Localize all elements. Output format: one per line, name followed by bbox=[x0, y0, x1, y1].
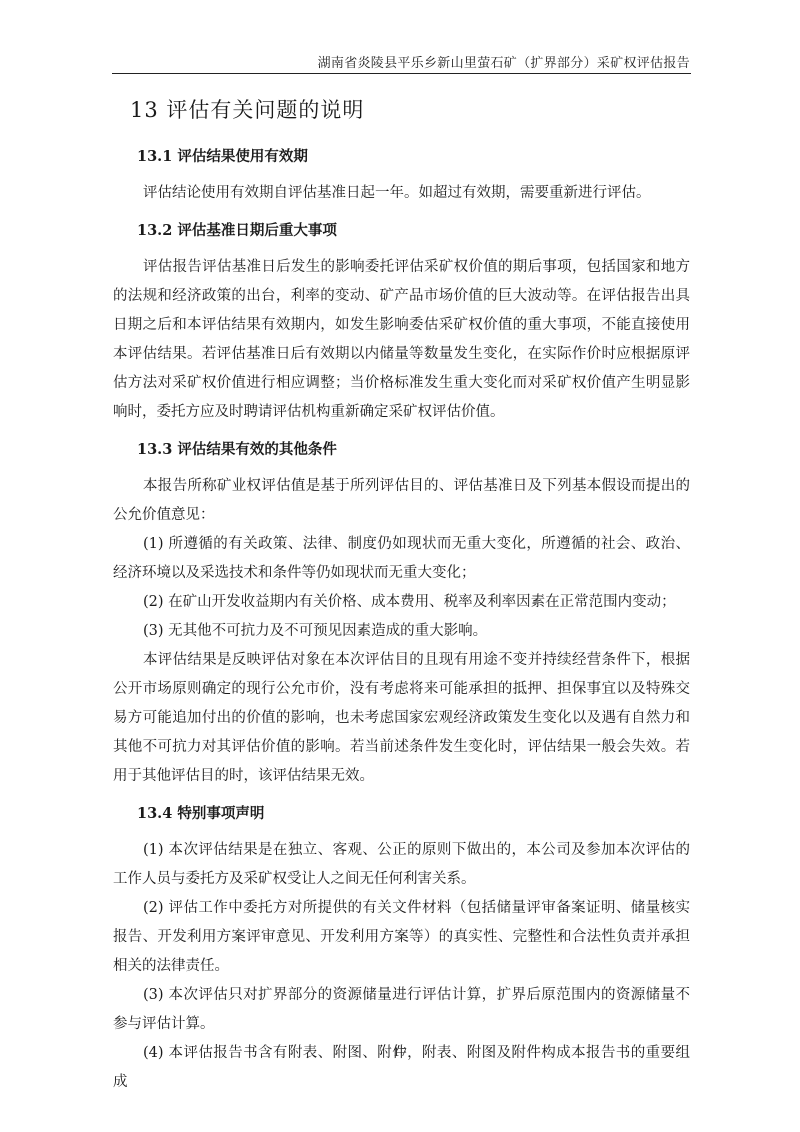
spacer bbox=[113, 171, 690, 179]
spacer bbox=[113, 127, 690, 142]
paragraph: 本报告所称矿业权评估值是基于所列评估目的、评估基准日及下列基本假设而提出的公允价… bbox=[113, 472, 690, 530]
spacer bbox=[113, 427, 690, 435]
spacer bbox=[113, 828, 690, 836]
spacer bbox=[113, 245, 690, 253]
spacer bbox=[113, 464, 690, 472]
section-heading: 13.4 特别事项声明 bbox=[113, 799, 690, 828]
header-rule bbox=[112, 73, 691, 74]
paragraph: 评估报告评估基准日后发生的影响委托评估采矿权价值的期后事项，包括国家和地方的法规… bbox=[113, 253, 690, 427]
section-heading: 13.2 评估基准日期后重大事项 bbox=[113, 216, 690, 245]
list-item: (3) 本次评估只对扩界部分的资源储量进行评估计算，扩界后原范围内的资源储量不参… bbox=[113, 981, 690, 1039]
section-13-3: 13.3 评估结果有效的其他条件 本报告所称矿业权评估值是基于所列评估目的、评估… bbox=[113, 435, 690, 791]
spacer bbox=[113, 791, 690, 799]
running-header: 湖南省炎陵县平乐乡新山里萤石矿（扩界部分）采矿权评估报告 bbox=[113, 52, 690, 71]
spacer bbox=[113, 208, 690, 216]
section-13-1: 13.1 评估结果使用有效期 评估结论使用有效期自评估基准日起一年。如超过有效期… bbox=[113, 142, 690, 208]
list-item: (3) 无其他不可抗力及不可预见因素造成的重大影响。 bbox=[113, 617, 690, 646]
section-13-2: 13.2 评估基准日期后重大事项 评估报告评估基准日后发生的影响委托评估采矿权价… bbox=[113, 216, 690, 427]
paragraph: 评估结论使用有效期自评估基准日起一年。如超过有效期，需要重新进行评估。 bbox=[113, 179, 690, 208]
page-content: 13 评估有关问题的说明 13.1 评估结果使用有效期 评估结论使用有效期自评估… bbox=[113, 93, 690, 1097]
section-heading: 13.3 评估结果有效的其他条件 bbox=[113, 435, 690, 464]
list-item: (2) 评估工作中委托方对所提供的有关文件材料（包括储量评审备案证明、储量核实报… bbox=[113, 894, 690, 981]
list-item: (1) 所遵循的有关政策、法律、制度仍如现状而无重大变化，所遵循的社会、政治、经… bbox=[113, 530, 690, 588]
page-number: 17 bbox=[0, 1046, 800, 1059]
section-heading: 13.1 评估结果使用有效期 bbox=[113, 142, 690, 171]
list-item: (2) 在矿山开发收益期内有关价格、成本费用、税率及利率因素在正常范围内变动； bbox=[113, 588, 690, 617]
paragraph: 本评估结果是反映评估对象在本次评估目的且现有用途不变并持续经营条件下，根据公开市… bbox=[113, 646, 690, 791]
document-page: 湖南省炎陵县平乐乡新山里萤石矿（扩界部分）采矿权评估报告 13 评估有关问题的说… bbox=[0, 0, 800, 1132]
list-item: (1) 本次评估结果是在独立、客观、公正的原则下做出的，本公司及参加本次评估的工… bbox=[113, 836, 690, 894]
chapter-title: 13 评估有关问题的说明 bbox=[130, 93, 690, 127]
